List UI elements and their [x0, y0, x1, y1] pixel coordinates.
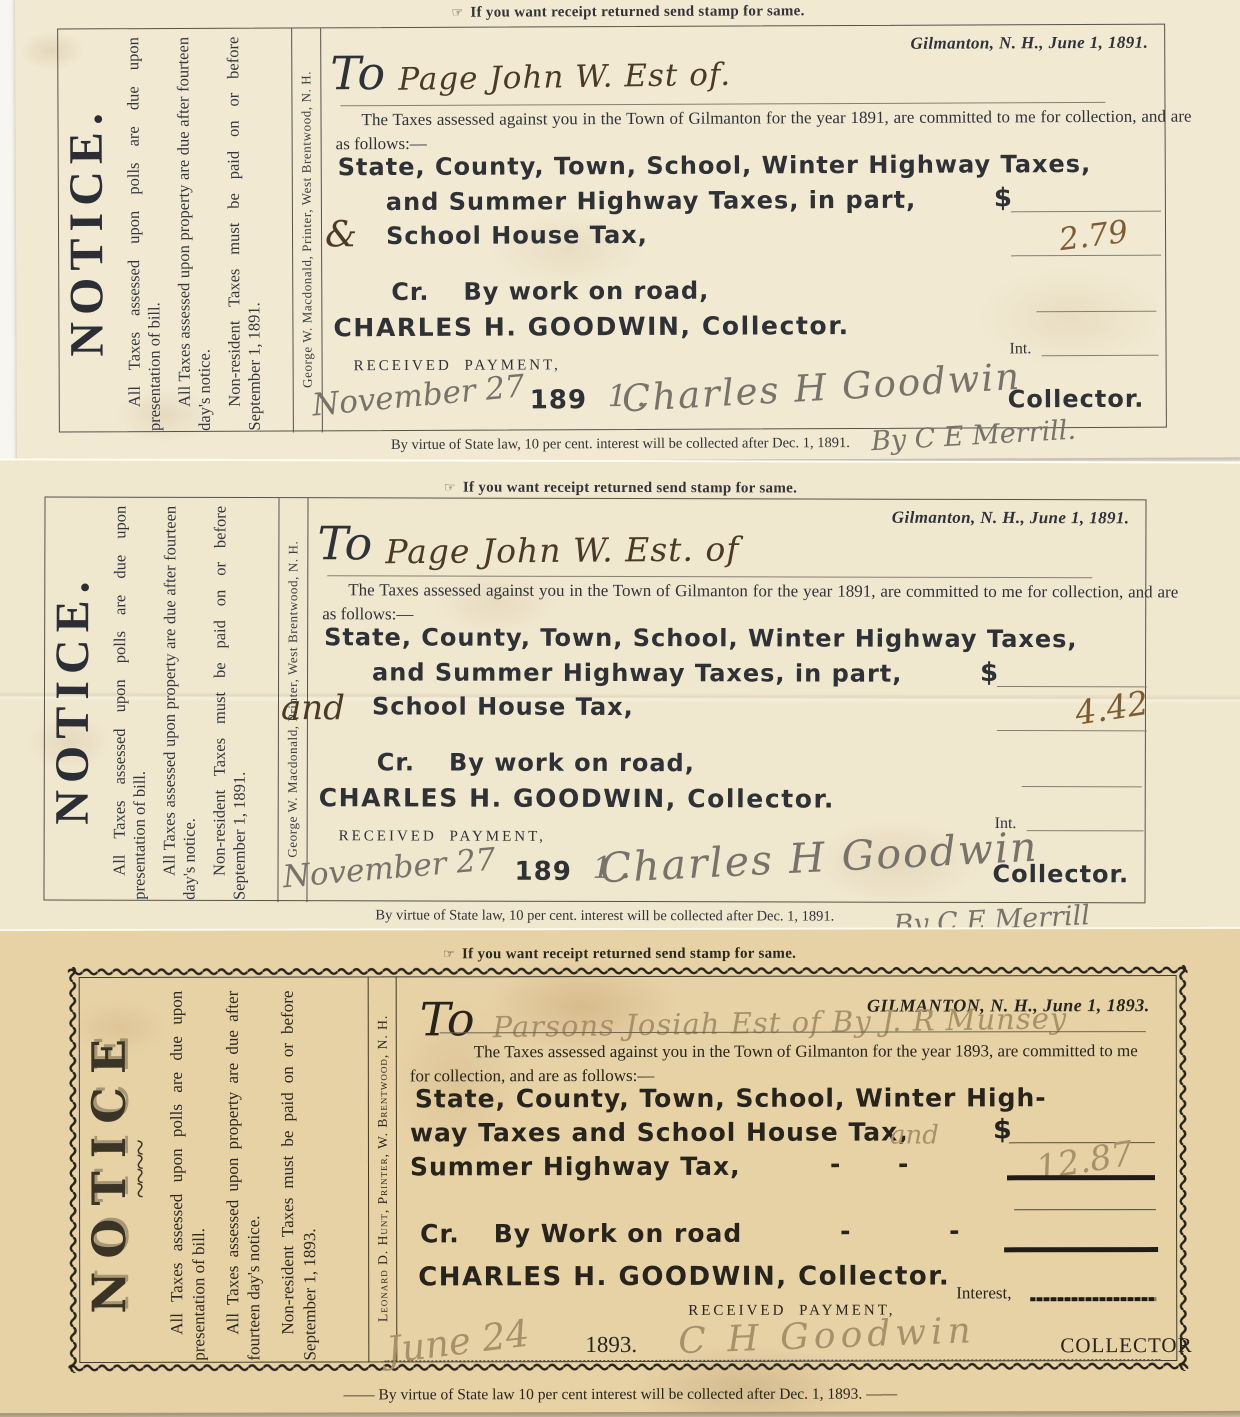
body-paragraph: The Taxes assessed against you in the To…: [335, 105, 1191, 157]
handwritten-amount: 2.79: [1057, 214, 1130, 258]
credit-line: Cr.By work on road,: [391, 277, 709, 306]
sidebar-paragraph: All Taxes assessed upon polls are due up…: [123, 37, 166, 431]
credit-line: Cr.By Work on road: [420, 1219, 742, 1249]
leader-dash: -: [898, 1149, 909, 1178]
notice-heading: NOTICE.: [58, 29, 115, 433]
notice-sidebar: NOTICE. All Taxes assessed upon polls ar…: [58, 28, 293, 433]
interest-footnote: —— By virtue of State law 10 per cent in…: [0, 1385, 1240, 1405]
body-paragraph: The Taxes assessed against you in the To…: [410, 1039, 1138, 1088]
pointing-hand-icon: ☞: [443, 947, 455, 962]
sidebar-paragraph: All Taxes assessed upon polls are due up…: [166, 991, 210, 1361]
to-label: To: [420, 992, 475, 1046]
tax-notice-1891-second: ☞If you want receipt returned send stamp…: [0, 460, 1240, 933]
handwritten-amount: 4.42: [1072, 683, 1151, 733]
printer-credit-column: George W. Macdonald, Printer, West Brent…: [291, 28, 323, 432]
collector-label: COLLECTOR: [1060, 1333, 1192, 1358]
collector-name-line: CHARLES H. GOODWIN, Collector.: [333, 311, 849, 342]
sidebar-paragraph: All Taxes assessed upon property are due…: [221, 991, 265, 1361]
cr-abbrev: Cr.: [391, 278, 429, 306]
interest-footnote: By virtue of State law, 10 per cent. int…: [391, 435, 850, 454]
handwritten-and: and: [890, 1120, 939, 1150]
amount-underline: [1011, 255, 1161, 257]
notice-sidebar: NOTICE ~~~~ All Taxes assessed upon poll…: [82, 978, 383, 1361]
border-box: NOTICE. All Taxes assessed upon polls ar…: [57, 24, 1167, 433]
stamp-note-text: If you want receipt returned send stamp …: [463, 480, 797, 497]
handwritten-ampersand: &: [325, 214, 357, 255]
wavy-border-box: NOTICE ~~~~ All Taxes assessed upon poll…: [68, 965, 1189, 1373]
handwritten-addressee: Page John W. Est of.: [398, 57, 731, 98]
by-work-on-road: By Work on road: [494, 1219, 743, 1248]
to-label: To: [330, 46, 385, 100]
notice-sidebar: NOTICE. All Taxes assessed upon polls ar…: [44, 497, 278, 902]
credit-line: Cr.By work on road,: [377, 748, 695, 777]
total-rule: [1007, 1175, 1155, 1180]
school-house-tax-line: School House Tax,: [372, 692, 634, 721]
leader-dash: -: [830, 1150, 841, 1179]
handwritten-date: November 27: [281, 841, 497, 895]
stamp-note-text: If you want receipt returned send stamp …: [462, 946, 796, 963]
printed-year: 189: [530, 385, 587, 415]
body-paragraph: The Taxes assessed against you in the To…: [322, 578, 1178, 628]
tax-notice-1893: ☞If you want receipt returned send stamp…: [0, 929, 1240, 1413]
tax-notice-1891-first: ☞If you want receipt returned send stamp…: [15, 0, 1240, 463]
interest-underline: [1042, 355, 1159, 357]
by-work-on-road: By work on road,: [449, 749, 695, 778]
tax-line-2: and Summer Highway Taxes, in part,: [386, 186, 916, 216]
interest-underline: [1027, 830, 1144, 831]
dollar-sign: $: [980, 658, 999, 688]
printer-credit: Leonard D. Hunt, Printer, W. Brentwood, …: [369, 976, 397, 1360]
wavy-border-right: [1178, 965, 1189, 1371]
stamp-note: ☞If you want receipt returned send stamp…: [15, 1, 1240, 23]
collector-name-line: CHARLES H. GOODWIN, Collector.: [319, 783, 835, 813]
cr-abbrev: Cr.: [377, 748, 415, 776]
total-rule: [1004, 1247, 1158, 1252]
collector-label: Collector.: [993, 860, 1130, 888]
sidebar-paragraph: All Taxes assessed upon property are due…: [159, 506, 201, 900]
sidebar-paragraph: All Taxes assessed upon polls are due up…: [109, 506, 151, 900]
interest-footnote: By virtue of State law, 10 per cent. int…: [375, 907, 834, 925]
scanned-documents-page: ☞If you want receipt returned send stamp…: [0, 0, 1240, 1417]
tax-line-1: State, County, Town, School, Winter High…: [324, 623, 1077, 653]
notice-heading: NOTICE.: [44, 497, 100, 901]
received-payment-label: RECEIVED PAYMENT,: [339, 828, 546, 846]
sidebar-paragraph: Non-resident Taxes must be paid on or be…: [223, 37, 266, 431]
collector-signature: Charles H Goodwin: [599, 823, 1040, 893]
wavy-border-bottom: [68, 1361, 1188, 1373]
dollar-sign: $: [994, 183, 1013, 213]
printed-year: 1893.: [585, 1332, 637, 1358]
by-work-on-road: By work on road,: [463, 277, 709, 306]
interest-rule: [1030, 1297, 1156, 1301]
to-label: To: [317, 516, 372, 570]
dollar-sign: $: [993, 1114, 1013, 1145]
sidebar-paragraph: All Taxes assessed upon property are due…: [173, 37, 216, 431]
collector-signature: Charles H Goodwin: [621, 355, 1022, 421]
border-box: NOTICE. All Taxes assessed upon polls ar…: [43, 496, 1146, 903]
wavy-border-left: [68, 967, 79, 1373]
handwritten-addressee: Page John W. Est. of: [385, 529, 739, 571]
amount-underline: [997, 730, 1147, 731]
tax-line-1: State, County, Town, School, Winter High…: [338, 150, 1092, 181]
leader-dash: -: [840, 1217, 851, 1246]
handwritten-and: and: [281, 688, 345, 728]
stamp-note-text: If you want receipt returned send stamp …: [470, 3, 804, 20]
amount-blank-line: [1011, 211, 1161, 213]
leader-dash: -: [949, 1216, 960, 1245]
printer-credit: George W. Macdonald, Printer, West Brent…: [292, 28, 322, 430]
sidebar-paragraph: Non-resident Taxes must be paid on or be…: [209, 506, 251, 900]
pointing-hand-icon: ☞: [451, 6, 463, 21]
credit-blank-line: [1036, 311, 1156, 313]
tax-line-3: Summer Highway Tax,: [410, 1152, 741, 1182]
printer-credit-column: Leonard D. Hunt, Printer, W. Brentwood, …: [368, 976, 398, 1362]
credit-blank-line: [1022, 786, 1142, 787]
stamp-note: ☞If you want receipt returned send stamp…: [0, 945, 1240, 964]
stamp-note: ☞If you want receipt returned send stamp…: [0, 478, 1240, 498]
school-house-tax-line: School House Tax,: [386, 221, 648, 250]
pointing-hand-icon: ☞: [444, 481, 456, 496]
dateline: Gilmanton, N. H., June 1, 1891.: [892, 508, 1130, 529]
interest-label: Interest,: [956, 1283, 1011, 1303]
tax-line-2: way Taxes and School House Tax,: [410, 1117, 909, 1147]
tax-line-1: State, County, Town, School, Winter High…: [415, 1083, 1047, 1113]
sidebar-paragraph: Non-resident Taxes must be paid on or be…: [277, 991, 321, 1361]
printed-year: 189: [515, 857, 572, 887]
collector-label: Collector.: [1008, 385, 1145, 414]
tax-line-2: and Summer Highway Taxes, in part,: [372, 658, 902, 687]
collector-name-line: CHARLES H. GOODWIN, Collector.: [418, 1261, 950, 1292]
handwritten-date: November 27: [311, 368, 527, 423]
received-payment-label: RECEIVED PAYMENT,: [354, 357, 561, 375]
cr-abbrev: Cr.: [420, 1219, 460, 1248]
dateline: Gilmanton, N. H., June 1, 1891.: [910, 33, 1148, 54]
